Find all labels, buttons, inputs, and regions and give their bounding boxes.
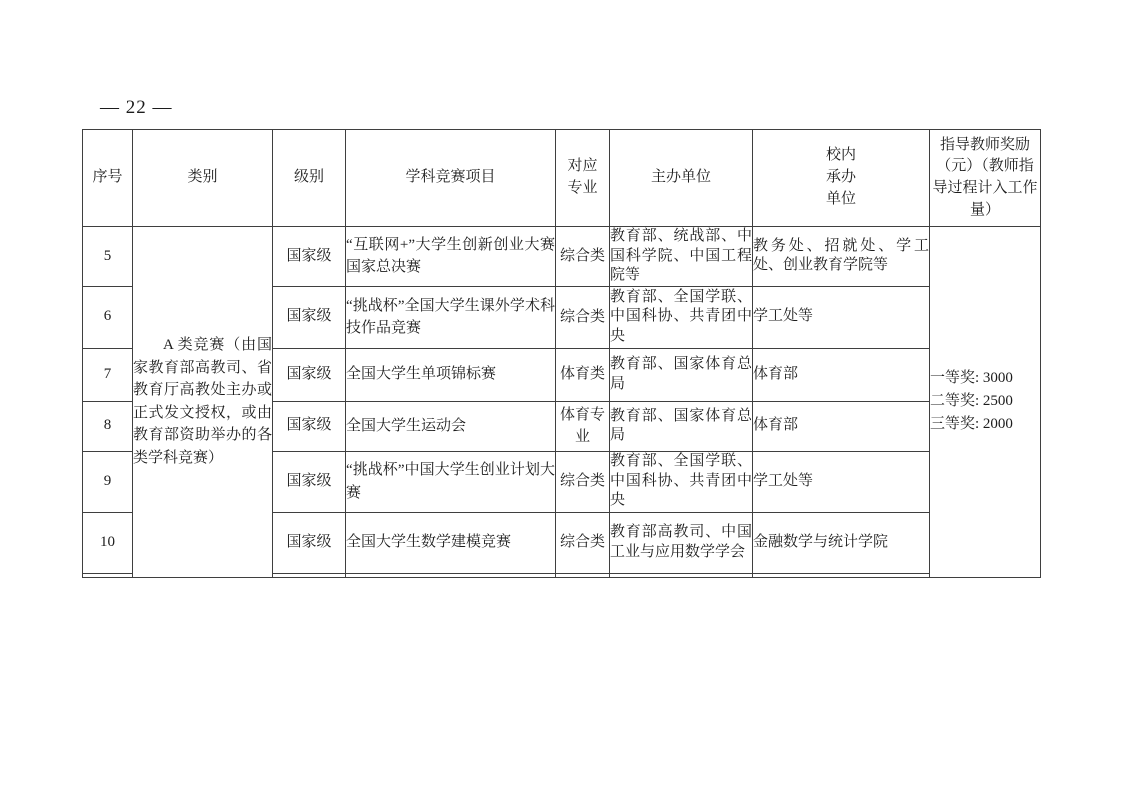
cell-organizer: 教育部、全国学联、中国科协、共青团中央	[610, 286, 753, 348]
cell-campus: 体育部	[753, 401, 930, 451]
cell-category-merged: A 类竞赛（由国家教育部高教司、省教育厅高教处主办或正式发文授权，或由教育部资助…	[133, 227, 273, 578]
cell-level: 国家级	[273, 451, 346, 512]
cell-campus: 学工处等	[753, 286, 930, 348]
reward-line: 三等奖: 2000	[930, 413, 1040, 436]
cell-level: 国家级	[273, 348, 346, 401]
cell-campus: 金融数学与统计学院	[753, 512, 930, 573]
col-header-category: 类别	[133, 130, 273, 227]
document-page: — 22 — 序号 类别 级别 学科竞赛项目 对应 专业 主办单位 校内 承办 …	[0, 0, 1123, 794]
cell-project: 全国大学生单项锦标赛	[346, 348, 556, 401]
cell-organizer: 教育部、国家体育总局	[610, 401, 753, 451]
table-row: 5 A 类竞赛（由国家教育部高教司、省教育厅高教处主办或正式发文授权，或由教育部…	[83, 227, 1041, 287]
cell-level: 国家级	[273, 512, 346, 573]
cell-empty	[346, 573, 556, 577]
table-header-row: 序号 类别 级别 学科竞赛项目 对应 专业 主办单位 校内 承办 单位 指导教师…	[83, 130, 1041, 227]
cell-empty	[83, 573, 133, 577]
cell-reward-merged: 一等奖: 3000 二等奖: 2500 三等奖: 2000	[930, 227, 1041, 578]
reward-line: 一等奖: 3000	[930, 367, 1040, 390]
cell-major: 综合类	[556, 451, 610, 512]
cell-project: 全国大学生数学建模竞赛	[346, 512, 556, 573]
cell-campus: 教务处、招就处、学工处、创业教育学院等	[753, 227, 930, 287]
cell-organizer: 教育部、全国学联、中国科协、共青团中央	[610, 451, 753, 512]
cell-project: 全国大学生运动会	[346, 401, 556, 451]
col-header-no: 序号	[83, 130, 133, 227]
col-header-reward: 指导教师奖励（元）（教师指导过程计入工作量）	[930, 130, 1041, 227]
cell-major: 综合类	[556, 286, 610, 348]
cell-major: 综合类	[556, 227, 610, 287]
cell-campus: 学工处等	[753, 451, 930, 512]
cell-project: “挑战杯”中国大学生创业计划大赛	[346, 451, 556, 512]
cell-empty	[273, 573, 346, 577]
reward-line: 二等奖: 2500	[930, 390, 1040, 413]
cell-organizer: 教育部高教司、中国工业与应用数学学会	[610, 512, 753, 573]
cell-project: “挑战杯”全国大学生课外学术科技作品竞赛	[346, 286, 556, 348]
page-number: — 22 —	[100, 97, 173, 119]
cell-no: 5	[83, 227, 133, 287]
col-header-organizer: 主办单位	[610, 130, 753, 227]
cell-level: 国家级	[273, 286, 346, 348]
cell-no: 10	[83, 512, 133, 573]
col-header-project: 学科竞赛项目	[346, 130, 556, 227]
competition-table: 序号 类别 级别 学科竞赛项目 对应 专业 主办单位 校内 承办 单位 指导教师…	[82, 129, 1041, 578]
cell-empty	[610, 573, 753, 577]
cell-no: 9	[83, 451, 133, 512]
cell-major: 体育专业	[556, 401, 610, 451]
cell-level: 国家级	[273, 401, 346, 451]
cell-no: 8	[83, 401, 133, 451]
cell-empty	[753, 573, 930, 577]
cell-no: 7	[83, 348, 133, 401]
cell-project: “互联网+”大学生创新创业大赛国家总决赛	[346, 227, 556, 287]
cell-organizer: 教育部、统战部、中国科学院、中国工程院等	[610, 227, 753, 287]
cell-no: 6	[83, 286, 133, 348]
col-header-campus: 校内 承办 单位	[753, 130, 930, 227]
col-header-major: 对应 专业	[556, 130, 610, 227]
cell-organizer: 教育部、国家体育总局	[610, 348, 753, 401]
cell-major: 体育类	[556, 348, 610, 401]
cell-campus: 体育部	[753, 348, 930, 401]
col-header-level: 级别	[273, 130, 346, 227]
cell-major: 综合类	[556, 512, 610, 573]
cell-level: 国家级	[273, 227, 346, 287]
cell-empty	[556, 573, 610, 577]
